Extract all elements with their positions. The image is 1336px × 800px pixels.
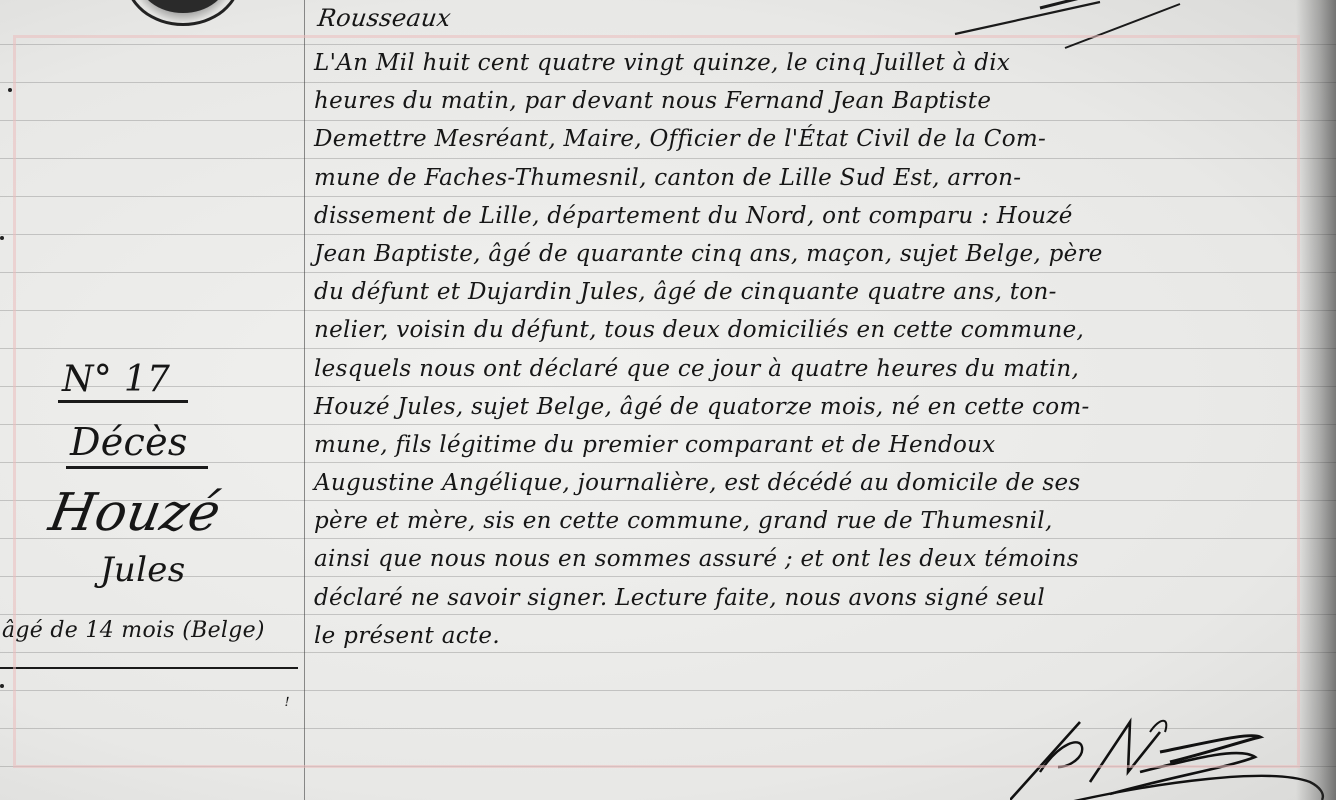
margin-tick-mark: ꜝ [282, 694, 288, 719]
margin-divider-rule [0, 667, 298, 669]
header-name: Rousseaux [316, 4, 453, 32]
margin-divider [304, 0, 305, 800]
body-line: Houzé Jules, sujet Belge, âgé de quatorz… [308, 388, 1308, 426]
body-line: Demettre Mesréant, Maire, Officier de l'… [308, 120, 1308, 158]
body-line: Augustine Angélique, journalière, est dé… [308, 464, 1308, 502]
mayor-signature-icon [1010, 712, 1330, 800]
body-line: mune de Faches-Thumesnil, canton de Lill… [308, 159, 1308, 197]
body-line: lesquels nous ont déclaré que ce jour à … [308, 350, 1308, 388]
body-line: le présent acte. [308, 617, 1308, 655]
ink-dot [8, 88, 12, 92]
body-line: ainsi que nous nous en sommes assuré ; e… [308, 540, 1308, 578]
act-type: Décès [66, 418, 208, 469]
body-line: déclaré ne savoir signer. Lecture faite,… [308, 579, 1308, 617]
act-body: L'An Mil huit cent quatre vingt quinze, … [308, 44, 1308, 655]
ruled-line [0, 690, 1336, 691]
body-line: heures du matin, par devant nous Fernand… [308, 82, 1308, 120]
body-line: Jean Baptiste, âgé de quarante cinq ans,… [308, 235, 1308, 273]
body-line: nelier, voisin du défunt, tous deux domi… [308, 311, 1308, 349]
body-line: mune, fils légitime du premier comparant… [308, 426, 1308, 464]
stamp-seal-icon [125, 0, 241, 26]
age-note: âgé de 14 mois (Belge) [2, 616, 265, 646]
register-page: Rousseaux L'An Mil huit cent quatre ving… [0, 0, 1336, 800]
body-line: dissement de Lille, département du Nord,… [308, 197, 1308, 235]
ink-dot [0, 684, 4, 688]
body-line: du défunt et Dujardin Jules, âgé de cinq… [308, 273, 1308, 311]
binding-shadow [1296, 0, 1336, 800]
act-number: N° 17 [58, 360, 188, 403]
ink-dot [0, 236, 4, 240]
deceased-given-name: Jules [100, 550, 185, 590]
deceased-surname: Houzé [45, 485, 225, 541]
body-line: père et mère, sis en cette commune, gran… [308, 502, 1308, 540]
body-line: L'An Mil huit cent quatre vingt quinze, … [308, 44, 1308, 82]
pen-stroke-icon [950, 0, 1190, 50]
